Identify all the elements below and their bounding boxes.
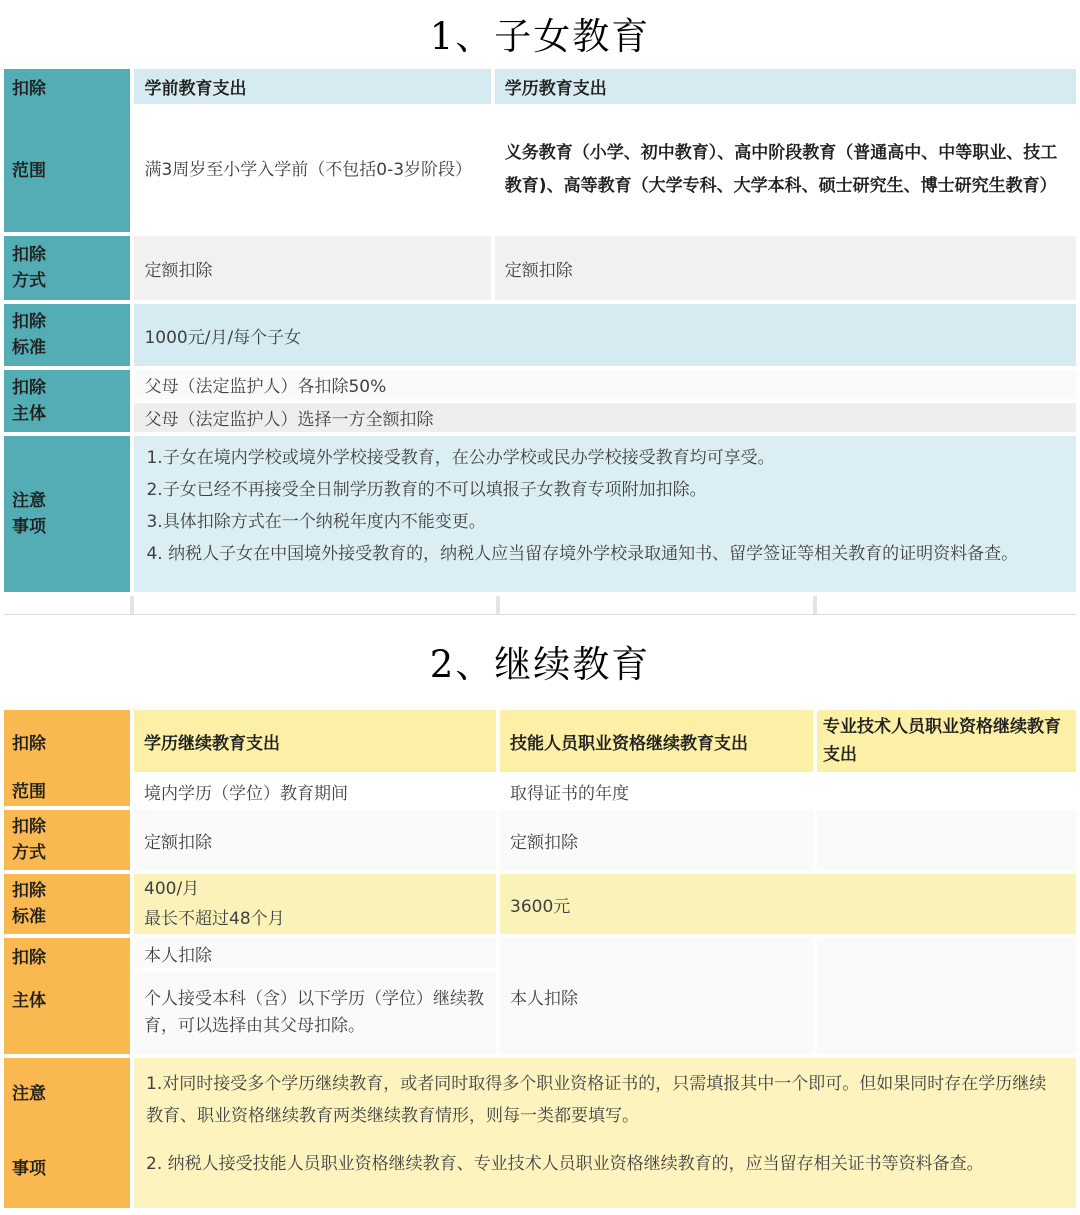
t1-label-method: 扣除 方式	[4, 236, 130, 300]
t2-label-method-l2: 方式	[12, 840, 126, 866]
t2-note-2: 2. 纳税人接受技能人员职业资格继续教育、专业技术人员职业资格继续教育的，应当留…	[146, 1148, 1062, 1180]
t1-note-1: 1.子女在境内学校或境外学校接受教育，在公办学校或民办学校接受教育均可享受。	[146, 442, 1062, 474]
t2-subject-skill: 本人扣除	[500, 938, 813, 1054]
t2-label-subject-top: 扣除	[12, 938, 126, 972]
t2-label-method-l1: 扣除	[12, 814, 126, 840]
t1-label-notes-l2: 事项	[12, 514, 126, 540]
t1-label-method-l2: 方式	[12, 268, 126, 294]
t2-notes: 1.对同时接受多个学历继续教育，或者同时取得多个职业资格证书的，只需填报其中一个…	[134, 1058, 1076, 1208]
t2-label-scope: 扣除 范围	[4, 710, 130, 806]
t2-subject-self: 本人扣除	[134, 938, 496, 968]
t1-label-notes-l1: 注意	[12, 488, 126, 514]
t2-standard-academic-limit: 最长不超过48个月	[144, 904, 486, 934]
t1-empty-row	[4, 596, 1076, 615]
t2-label-notes-top: 注意	[12, 1058, 126, 1124]
t2-method-professional	[817, 810, 1076, 870]
t2-header-academic: 学历继续教育支出	[134, 710, 496, 772]
t1-method-academic: 定额扣除	[495, 236, 1076, 300]
t2-label-method: 扣除 方式	[4, 810, 130, 870]
t1-label-scope-top: 扣除	[12, 69, 126, 104]
empty-cell	[500, 596, 813, 614]
empty-cell	[4, 596, 130, 614]
t2-subject-parent-option: 个人接受本科（含）以下学历（学位）继续教育，可以选择由其父母扣除。	[134, 972, 496, 1054]
t2-label-standard: 扣除 标准	[4, 874, 130, 934]
t2-label-scope-bottom: 范围	[12, 772, 126, 806]
t1-scope-preschool: 满3周岁至小学入学前（不包括0-3岁阶段）	[134, 108, 490, 232]
t1-note-4: 4. 纳税人子女在中国境外接受教育的，纳税人应当留存境外学校录取通知书、留学签证…	[146, 538, 1062, 570]
t1-label-method-l1: 扣除	[12, 242, 126, 268]
empty-cell	[134, 596, 496, 614]
t1-subject-full: 父母（法定监护人）选择一方全额扣除	[134, 403, 1076, 432]
t2-standard-academic-amount: 400/月	[144, 874, 486, 904]
t1-standard-value: 1000元/月/每个子女	[134, 304, 1076, 366]
t2-standard-certificate: 3600元	[500, 874, 1076, 934]
t1-label-subject-l2: 主体	[12, 401, 126, 427]
t1-label-scope: 扣除 范围	[4, 69, 130, 232]
t1-note-3: 3.具体扣除方式在一个纳税年度内不能变更。	[146, 506, 1062, 538]
page: 1、子女教育 扣除 范围 学前教育支出 学历教育支出 满3周岁至小学入学前（不包…	[0, 0, 1080, 1212]
t2-standard-academic: 400/月 最长不超过48个月	[134, 874, 496, 934]
t2-subject-professional-empty	[817, 938, 1076, 1054]
t2-label-notes: 注意 事项	[4, 1058, 130, 1208]
t1-subject-split50: 父母（法定监护人）各扣除50%	[134, 370, 1076, 399]
children-education-table: 扣除 范围 学前教育支出 学历教育支出 满3周岁至小学入学前（不包括0-3岁阶段…	[0, 65, 1080, 596]
t2-scope-skill: 取得证书的年度	[500, 776, 813, 806]
section1-title-block: 1、子女教育	[0, 0, 1080, 65]
t2-label-subject: 扣除 主体	[4, 938, 130, 1054]
section2-title-block: 2、继续教育	[0, 615, 1080, 706]
t1-label-subject-l1: 扣除	[12, 375, 126, 401]
t1-header-academic: 学历教育支出	[495, 69, 1076, 104]
t1-label-standard-l1: 扣除	[12, 309, 126, 335]
t2-scope-academic: 境内学历（学位）教育期间	[134, 776, 496, 806]
t1-label-scope-bottom: 范围	[12, 104, 126, 232]
t2-method-academic: 定额扣除	[134, 810, 496, 870]
t1-label-standard-l2: 标准	[12, 335, 126, 361]
t1-notes: 1.子女在境内学校或境外学校接受教育，在公办学校或民办学校接受教育均可享受。 2…	[134, 436, 1076, 592]
t1-note-2: 2.子女已经不再接受全日制学历教育的不可以填报子女教育专项附加扣除。	[146, 474, 1062, 506]
t2-label-scope-top: 扣除	[12, 710, 126, 772]
empty-cell	[817, 596, 1076, 614]
t1-label-standard: 扣除 标准	[4, 304, 130, 366]
t2-scope-professional	[817, 776, 1076, 806]
section1-title: 1、子女教育	[430, 6, 651, 60]
t1-label-notes: 注意 事项	[4, 436, 130, 592]
t1-method-preschool: 定额扣除	[134, 236, 490, 300]
t2-label-subject-bottom: 主体	[12, 972, 126, 1054]
t1-header-preschool: 学前教育支出	[134, 69, 490, 104]
t2-label-standard-l1: 扣除	[12, 878, 126, 904]
t2-method-skill: 定额扣除	[500, 810, 813, 870]
t2-note-1: 1.对同时接受多个学历继续教育，或者同时取得多个职业资格证书的，只需填报其中一个…	[146, 1068, 1062, 1132]
section2-title: 2、继续教育	[430, 634, 651, 688]
t2-header-skill: 技能人员职业资格继续教育支出	[500, 710, 813, 772]
continuing-education-table: 扣除 范围 学历继续教育支出 技能人员职业资格继续教育支出 专业技术人员职业资格…	[0, 706, 1080, 1212]
t2-header-professional: 专业技术人员职业资格继续教育支出	[817, 710, 1076, 772]
t2-label-notes-bottom: 事项	[12, 1124, 126, 1208]
t2-label-standard-l2: 标准	[12, 904, 126, 930]
t1-label-subject: 扣除 主体	[4, 370, 130, 432]
t1-scope-academic: 义务教育（小学、初中教育）、高中阶段教育（普通高中、中等职业、技工教育)、高等教…	[495, 108, 1076, 232]
